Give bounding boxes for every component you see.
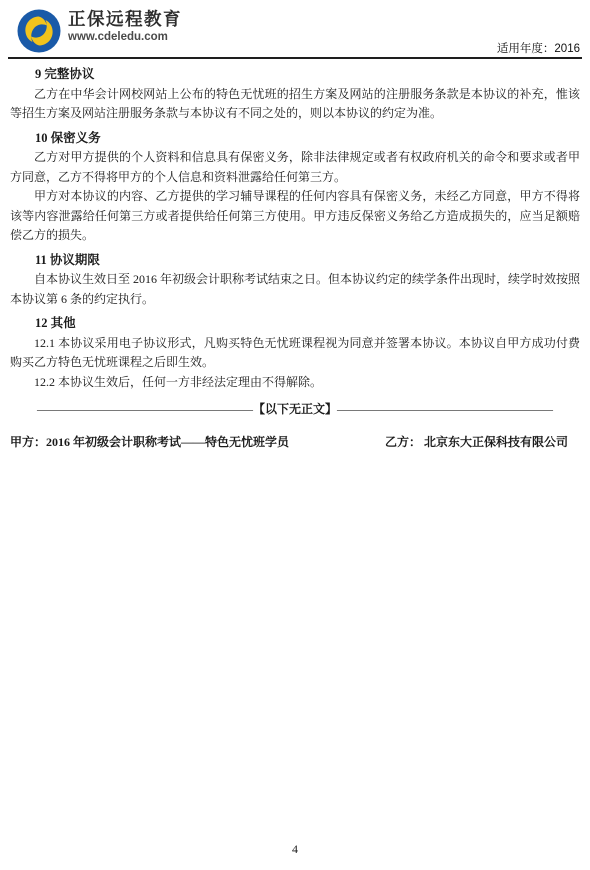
section-heading: 10 保密义务 (10, 129, 580, 149)
section-paragraph: 12.1 本协议采用电子协议形式，凡购买特色无忧班课程视为同意并签署本协议。本协… (10, 334, 580, 373)
logo: 正保远程教育 www.cdeledu.com (17, 9, 182, 53)
party-a-signature: 甲方：2016 年初级会计职称考试——特色无忧班学员 (10, 433, 289, 453)
applicable-year-label: 适用年度：2016 (497, 40, 580, 56)
divider-dashes-right: —————————————————— (337, 402, 553, 416)
party-b-signature: 乙方： 北京东大正保科技有限公司 (385, 433, 568, 453)
zhengbao-swirl-icon (17, 9, 61, 53)
section-heading: 9 完整协议 (10, 65, 580, 85)
section-heading: 12 其他 (10, 314, 580, 334)
signature-row: 甲方：2016 年初级会计职称考试——特色无忧班学员 乙方： 北京东大正保科技有… (10, 433, 580, 453)
page-number: 4 (0, 842, 590, 857)
header: 正保远程教育 www.cdeledu.com 适用年度：2016 (0, 0, 590, 59)
section-heading: 11 协议期限 (10, 251, 580, 271)
brand-name: 正保远程教育 (68, 9, 182, 30)
logo-text-block: 正保远程教育 www.cdeledu.com (68, 9, 182, 43)
section-12-miscellaneous: 12 其他 12.1 本协议采用电子协议形式，凡购买特色无忧班课程视为同意并签署… (10, 314, 580, 392)
divider-dashes-left: —————————————————— (37, 402, 253, 416)
brand-website: www.cdeledu.com (68, 31, 182, 43)
agreement-body: 9 完整协议 乙方在中华会计网校网站上公布的特色无忧班的招生方案及网站的注册服务… (0, 59, 590, 452)
document-page: 正保远程教育 www.cdeledu.com 适用年度：2016 9 完整协议 … (0, 0, 590, 870)
section-paragraph: 乙方对甲方提供的个人资料和信息具有保密义务，除非法律规定或者有权政府机关的命令和… (10, 148, 580, 187)
section-paragraph: 12.2 本协议生效后，任何一方非经法定理由不得解除。 (10, 373, 580, 393)
no-further-text-divider: ——————————————————【以下无正文】———————————————… (10, 400, 580, 420)
section-paragraph: 乙方在中华会计网校网站上公布的特色无忧班的招生方案及网站的注册服务条款是本协议的… (10, 85, 580, 124)
section-paragraph: 自本协议生效日至 2016 年初级会计职称考试结束之日。但本协议约定的续学条件出… (10, 270, 580, 309)
section-paragraph: 甲方对本协议的内容、乙方提供的学习辅导课程的任何内容具有保密义务，未经乙方同意，… (10, 187, 580, 246)
section-9-complete-agreement: 9 完整协议 乙方在中华会计网校网站上公布的特色无忧班的招生方案及网站的注册服务… (10, 65, 580, 124)
section-10-confidentiality: 10 保密义务 乙方对甲方提供的个人资料和信息具有保密义务，除非法律规定或者有权… (10, 129, 580, 246)
no-further-text-label: 【以下无正文】 (253, 402, 337, 416)
section-11-agreement-term: 11 协议期限 自本协议生效日至 2016 年初级会计职称考试结束之日。但本协议… (10, 251, 580, 310)
header-divider (8, 57, 582, 59)
